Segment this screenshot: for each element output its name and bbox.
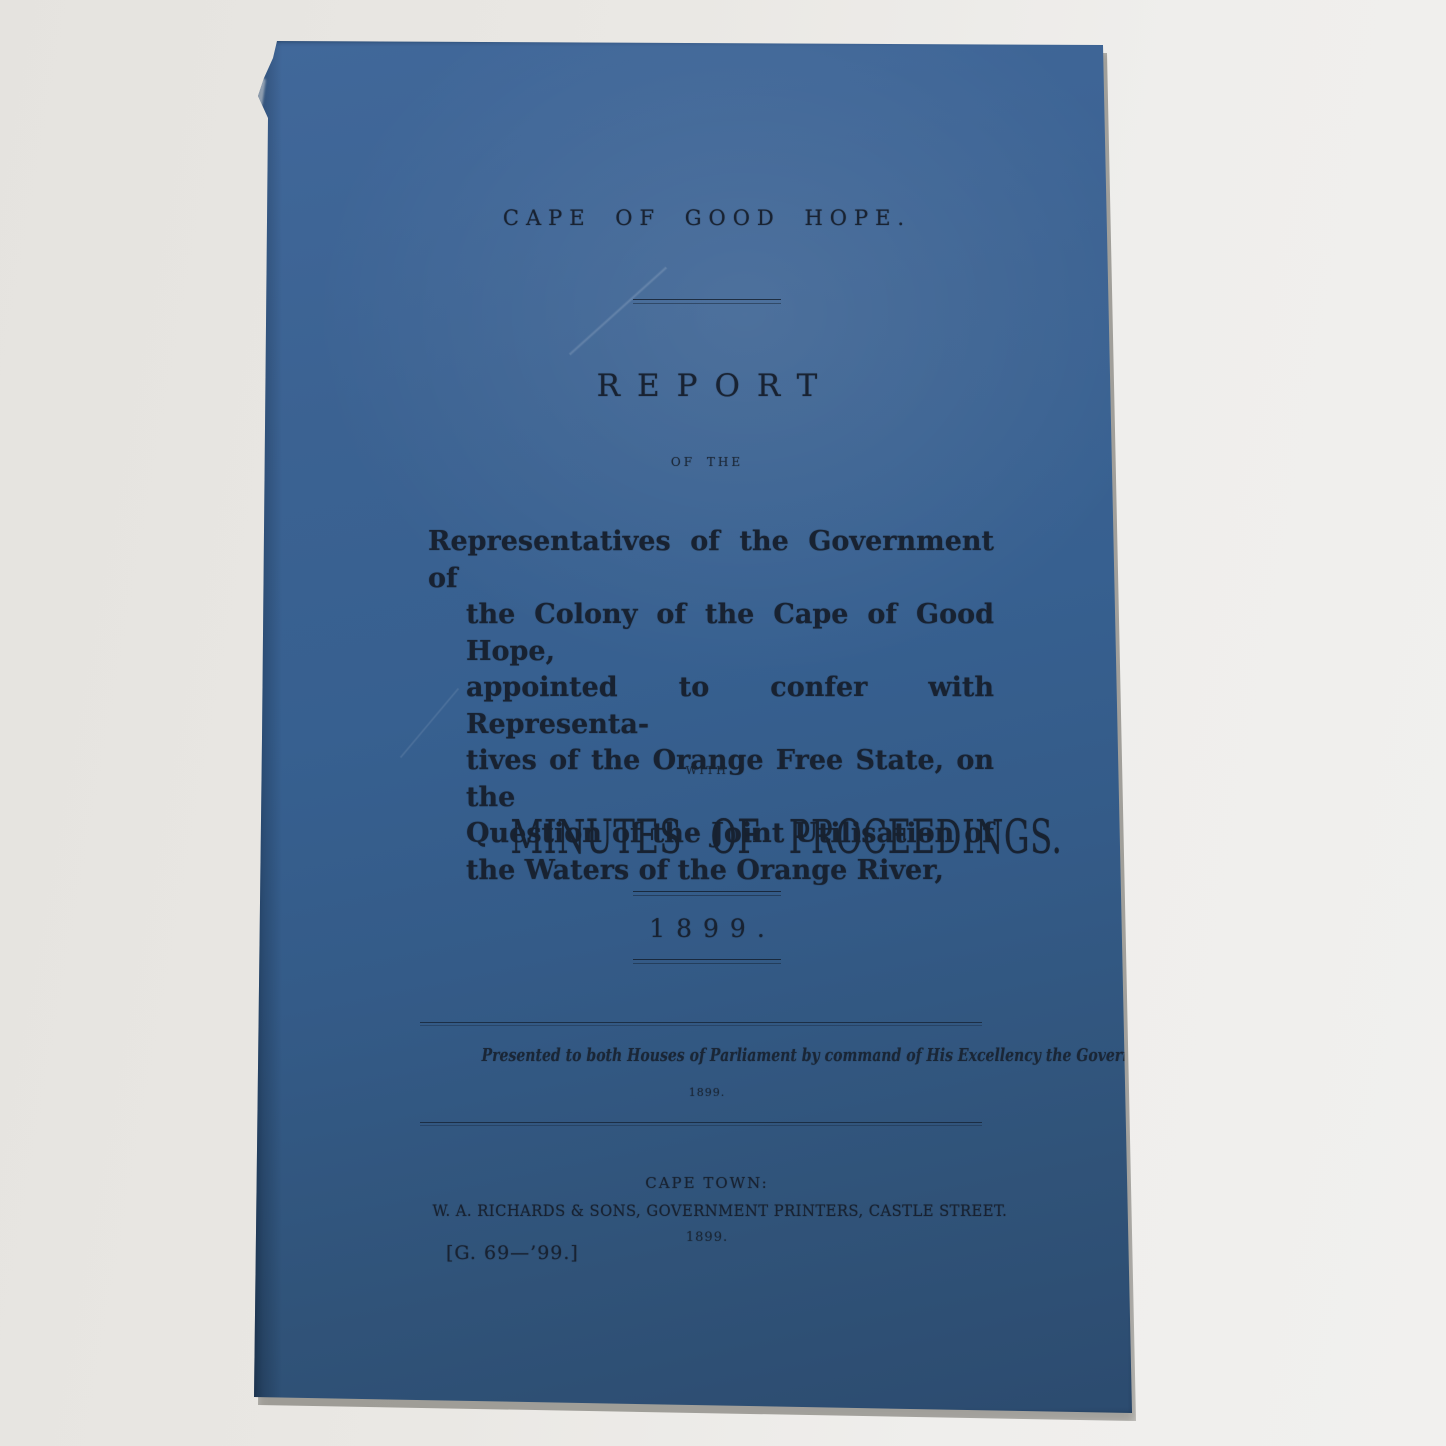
colony-heading: CAPE OF GOOD HOPE. (418, 206, 996, 230)
cover-tear-mark (252, 77, 266, 106)
photo-backdrop: CAPE OF GOOD HOPE. REPORT OF THE Represe… (0, 0, 1446, 1446)
of-the-label: OF THE (418, 455, 996, 469)
divider-rule-presented-bottom (420, 1122, 982, 1126)
subject-line: the Colony of the Cape of Good Hope, (428, 597, 994, 670)
report-title: REPORT (418, 368, 996, 404)
catalog-reference: [G. 69—’99.] (446, 1242, 579, 1264)
divider-rule-presented-top (420, 1022, 982, 1026)
with-label: WITH (418, 764, 996, 777)
divider-rule-top (633, 299, 781, 304)
subject-line: appointed to confer with Representa- (428, 670, 994, 743)
imprint-printer: W. A. RICHARDS & SONS, GOVERNMENT PRINTE… (432, 1202, 981, 1220)
divider-rule-minutes (633, 891, 781, 896)
booklet-cover: CAPE OF GOOD HOPE. REPORT OF THE Represe… (248, 38, 1136, 1420)
presented-line: Presented to both Houses of Parliament b… (482, 1045, 933, 1066)
subject-line: Representatives of the Government of (428, 524, 994, 597)
printed-text-column: CAPE OF GOOD HOPE. REPORT OF THE Represe… (418, 38, 996, 1420)
divider-rule-year (633, 959, 781, 964)
minutes-title: MINUTES OF PROCEEDINGS. (510, 810, 903, 865)
presented-year: 1899. (418, 1086, 996, 1099)
subject-line: tives of the Orange Free State, on the (428, 743, 994, 816)
imprint-city: CAPE TOWN: (418, 1174, 996, 1192)
year-heading: 1899. (418, 914, 996, 943)
